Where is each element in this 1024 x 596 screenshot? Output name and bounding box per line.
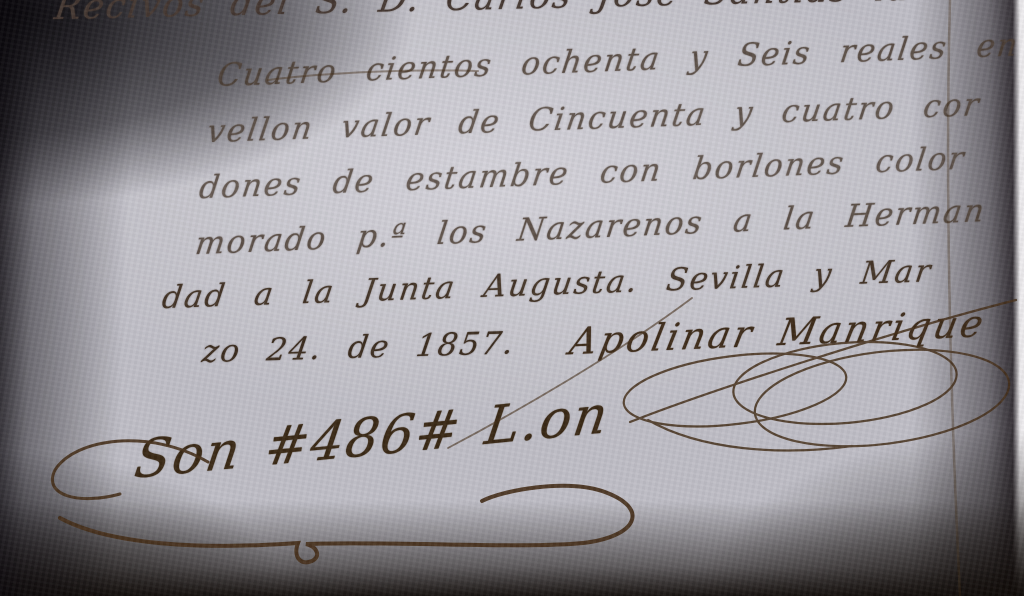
manuscript-line-5: morado p.ª los Nazarenos a la Herman (193, 193, 988, 262)
rubric-tail-stroke (648, 420, 852, 450)
total-underline-swash (60, 486, 633, 563)
total-amount-line: Son #486# L.on (131, 384, 614, 491)
manuscript-line-2: Cuatro cientos ochenta y Seis reales en (215, 27, 1022, 94)
manuscript-line-1: Recivos del S. D. Carlos Jose Santias la… (52, 0, 1024, 28)
manuscript-photo: Recivos del S. D. Carlos Jose Santias la… (0, 0, 1024, 596)
manuscript-line-4: dones de estambre con borlones color (197, 141, 968, 207)
rubric-oval-3 (749, 337, 1014, 460)
signature-apolinar-manrique: Apolinar Manrique (566, 302, 990, 364)
manuscript-line-7: zo 24. de 1857. (200, 325, 518, 370)
manuscript-line-3: vellon valor de Cincuenta y cuatro cor (205, 87, 983, 150)
manuscript-line-6: dad a la Junta Augusta. Sevilla y Mar (160, 253, 935, 316)
